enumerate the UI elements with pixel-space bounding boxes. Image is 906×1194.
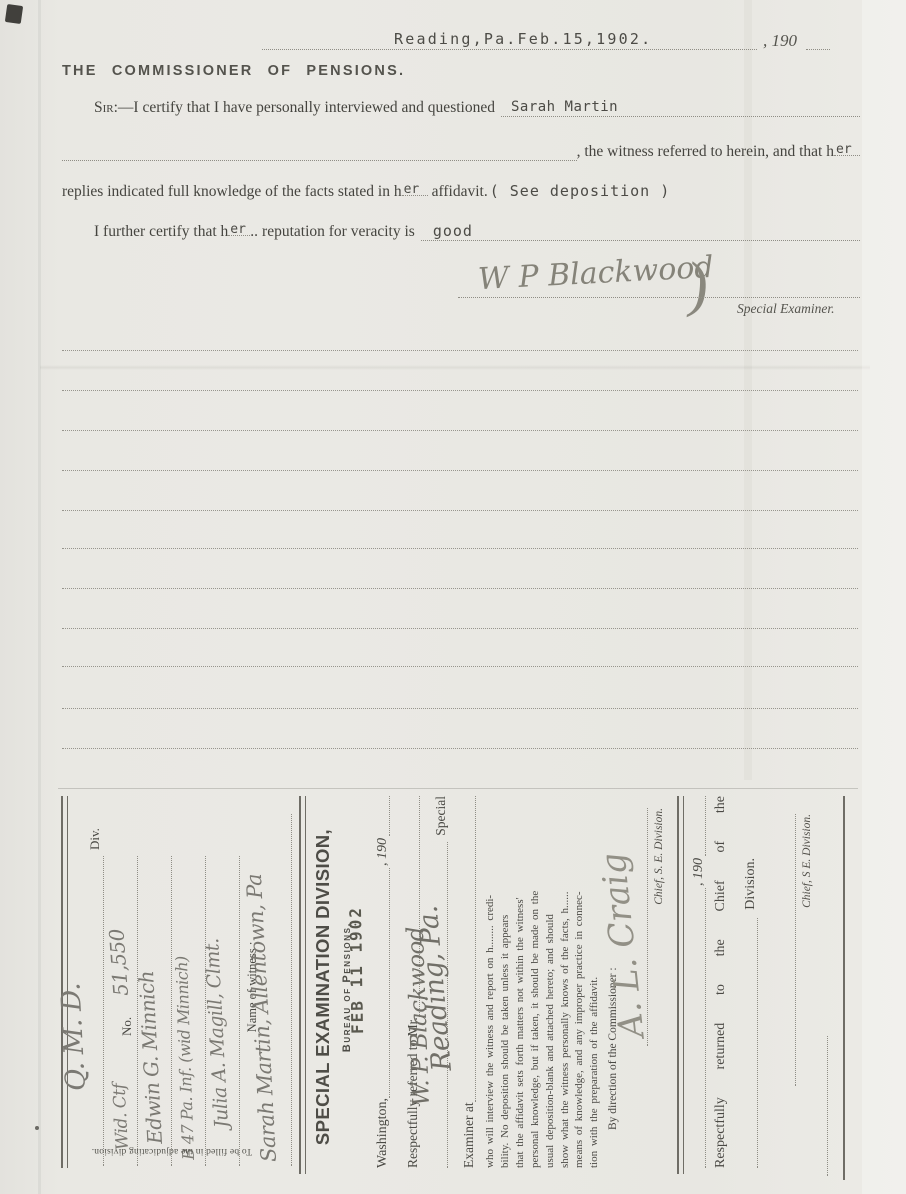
panel-year-suffix: , 190 (373, 836, 393, 868)
division-rule (103, 856, 104, 1166)
sir-word: Sir (62, 96, 114, 120)
division-title: SPECIAL EXAMINATION DIVISION, (312, 788, 334, 1186)
return-division-row: Division. (741, 858, 761, 1168)
blank-dotted-line (62, 430, 858, 431)
date-rule (262, 49, 757, 50)
return-date-row: , 190 (689, 796, 709, 1168)
examiner-at-row: Examiner at (459, 796, 479, 1168)
blank-dotted-line (62, 350, 858, 351)
return-year-suffix: , 190 (689, 856, 709, 888)
instructions-paragraph: who will interview the witness and repor… (483, 796, 602, 1168)
hand-division: Q. M. D. (55, 982, 92, 1092)
typed-pronoun-suffix-2: er (404, 178, 420, 202)
claimant-rule (239, 856, 240, 1166)
certify-line-3-text: replies indicated full knowledge of the … (62, 180, 402, 204)
blank-dotted-line (62, 510, 858, 511)
blank-segment (62, 160, 577, 161)
veracity-line: I further certify that h er .. reputatio… (62, 220, 860, 244)
panel-top-rule-2 (67, 796, 68, 1168)
return-division-label: Division. (741, 858, 761, 918)
return-division-blank (757, 918, 758, 1168)
witness-name-blank: Sarah Martin (501, 116, 860, 117)
panel-bottom-rule (843, 796, 845, 1180)
paper-shading (862, 0, 906, 1194)
signature-rule (458, 297, 860, 298)
paper-fold-line (38, 0, 41, 1194)
blank-dotted-line (62, 548, 858, 549)
division-label: Div. (87, 828, 103, 850)
blank-dotted-line (62, 390, 858, 391)
veracity-blank: good (421, 240, 860, 241)
return-signature-rule (795, 814, 796, 1086)
examiner-at-text: Examiner at (459, 1102, 479, 1168)
returned-text: Respectfully returned to the Chief of th… (713, 796, 729, 1168)
section-rule-3 (677, 796, 679, 1174)
date-stamp: FEB 11 1902 (346, 906, 367, 1034)
corner-ink-mark (5, 4, 23, 24)
typed-see-deposition: ( See deposition ) (488, 179, 671, 203)
date-year-suffix: , 190 (763, 31, 797, 51)
pronoun-blank-3: er (228, 235, 250, 236)
pronoun-blank-2: er (402, 195, 428, 196)
place-label: Washington, (373, 1098, 393, 1168)
date-rule-short (806, 49, 830, 50)
typed-pronoun-suffix-3: er (230, 218, 246, 242)
number-label: No. (119, 1017, 135, 1036)
certify-line-3: replies indicated full knowledge of the … (62, 179, 860, 203)
typed-witness-name: Sarah Martin (511, 95, 618, 119)
blank-dotted-line (62, 470, 858, 471)
veracity-line-text: I further certify that h (62, 220, 228, 244)
washington-date-row: Washington, , 190 (373, 796, 393, 1168)
blank-dotted-line (62, 588, 858, 589)
typed-date: Reading,Pa.Feb.15,1902. (394, 30, 652, 48)
section-rule-2 (305, 796, 306, 1174)
ink-speck (35, 1126, 39, 1130)
blank-dotted-line (62, 666, 858, 667)
typed-veracity-value: good (433, 219, 473, 243)
return-date-blank (705, 888, 706, 1168)
scanned-pension-form: Reading,Pa.Feb.15,1902. , 190 THE COMMIS… (0, 0, 906, 1194)
hand-cert-number: 51,550 (104, 928, 133, 996)
pronoun-blank: er (834, 155, 860, 156)
panel-top-rule (61, 796, 63, 1168)
hand-service: B 47 Pa. Inf. (wid Minnich) (172, 956, 198, 1160)
return-chief-title: Chief, S E. Division. (801, 814, 813, 1086)
blank-dotted-line (62, 708, 858, 709)
date-blank-short (389, 796, 390, 836)
soldier-rule (171, 856, 172, 1166)
typed-pronoun-suffix: er (836, 138, 852, 162)
hand-cert-prefix: Wid. Ctf (110, 1083, 133, 1150)
date-blank (389, 868, 390, 1098)
return-date-blank-short (705, 796, 706, 856)
section-rule (299, 796, 301, 1174)
examiner-title: Special Examiner. (737, 301, 834, 317)
veracity-dots: .. (250, 220, 258, 244)
chief-signature-rule (647, 808, 648, 1046)
section-rule-4 (683, 796, 684, 1174)
hand-soldier-name: Edwin G. Minnich (134, 970, 167, 1144)
certify-line-1: Sir :—I certify that I have personally i… (62, 96, 860, 120)
examiner-at-blank (475, 796, 476, 1102)
special-label: Special (431, 796, 451, 842)
blank-dotted-line (62, 628, 858, 629)
witness-rule (291, 814, 292, 1166)
certify-line-2: , the witness referred to herein, and th… (62, 140, 860, 164)
chief-signature: A. L. Craig (593, 851, 652, 1040)
margin-note: To be filled in the adjudicating divisio… (56, 1146, 252, 1156)
filing-panel: Q. M. D. Div. Wid. Ctf No. 51,550 Edwin … (55, 788, 862, 1186)
blank-dotted-line (62, 748, 858, 749)
chief-title: Chief, S. E. Division. (653, 808, 665, 1046)
certify-line-2-text: , the witness referred to herein, and th… (577, 140, 834, 164)
examiner-signature: W P Blackwood (477, 250, 714, 297)
veracity-line-mid: reputation for veracity is (258, 220, 421, 244)
certify-line-1-text: :—I certify that I have personally inter… (114, 96, 501, 120)
salutation: THE COMMISSIONER OF PENSIONS. (62, 63, 405, 79)
affidavit-word: affidavit. (428, 180, 488, 204)
bottom-short-rule (827, 1036, 828, 1176)
